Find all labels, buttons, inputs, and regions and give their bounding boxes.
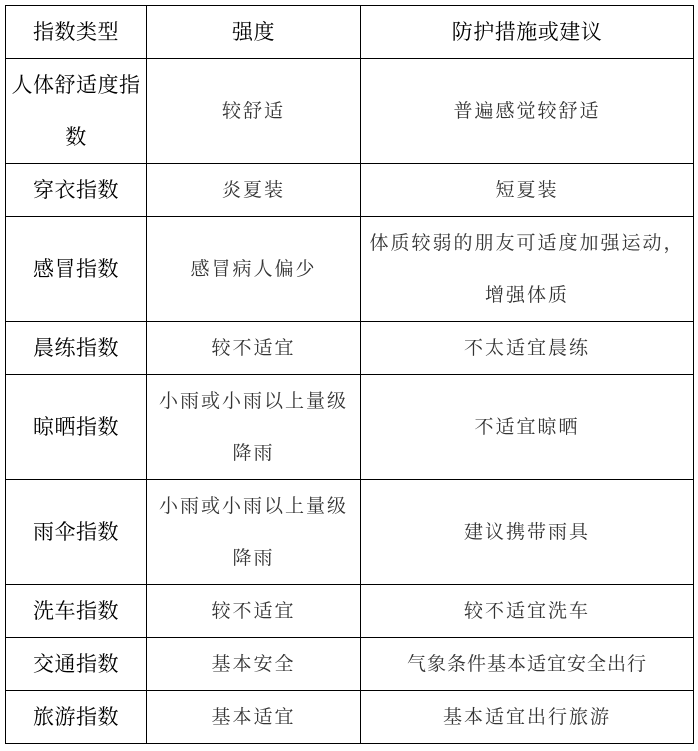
table-row: 穿衣指数 炎夏装 短夏装: [6, 164, 694, 217]
table-row: 雨伞指数 小雨或小雨以上量级降雨 建议携带雨具: [6, 480, 694, 585]
advice-cell: 普遍感觉较舒适: [361, 59, 694, 164]
intensity-cell: 炎夏装: [147, 164, 361, 217]
index-type-cell: 穿衣指数: [6, 164, 147, 217]
table-row: 洗车指数 较不适宜 较不适宜洗车: [6, 585, 694, 638]
header-index-type: 指数类型: [6, 6, 147, 59]
index-type-cell: 旅游指数: [6, 691, 147, 744]
advice-cell: 建议携带雨具: [361, 480, 694, 585]
index-type-cell: 洗车指数: [6, 585, 147, 638]
intensity-cell: 较不适宜: [147, 585, 361, 638]
intensity-cell: 基本适宜: [147, 691, 361, 744]
index-type-cell: 感冒指数: [6, 217, 147, 322]
table-row: 晨练指数 较不适宜 不太适宜晨练: [6, 322, 694, 375]
index-type-cell: 晾晒指数: [6, 375, 147, 480]
intensity-cell: 较不适宜: [147, 322, 361, 375]
header-advice: 防护措施或建议: [361, 6, 694, 59]
advice-cell: 气象条件基本适宜安全出行: [361, 638, 694, 691]
table-row: 晾晒指数 小雨或小雨以上量级降雨 不适宜晾晒: [6, 375, 694, 480]
table-row: 感冒指数 感冒病人偏少 体质较弱的朋友可适度加强运动，增强体质: [6, 217, 694, 322]
index-type-cell: 雨伞指数: [6, 480, 147, 585]
weather-index-table: 指数类型 强度 防护措施或建议 人体舒适度指数 较舒适 普遍感觉较舒适 穿衣指数…: [5, 5, 694, 744]
index-type-cell: 人体舒适度指数: [6, 59, 147, 164]
table-header-row: 指数类型 强度 防护措施或建议: [6, 6, 694, 59]
intensity-cell: 小雨或小雨以上量级降雨: [147, 375, 361, 480]
advice-cell: 较不适宜洗车: [361, 585, 694, 638]
table-row: 旅游指数 基本适宜 基本适宜出行旅游: [6, 691, 694, 744]
advice-cell: 短夏装: [361, 164, 694, 217]
index-type-cell: 晨练指数: [6, 322, 147, 375]
advice-cell: 基本适宜出行旅游: [361, 691, 694, 744]
intensity-cell: 较舒适: [147, 59, 361, 164]
advice-cell: 不适宜晾晒: [361, 375, 694, 480]
intensity-cell: 小雨或小雨以上量级降雨: [147, 480, 361, 585]
intensity-cell: 基本安全: [147, 638, 361, 691]
intensity-cell: 感冒病人偏少: [147, 217, 361, 322]
index-type-cell: 交通指数: [6, 638, 147, 691]
table-row: 人体舒适度指数 较舒适 普遍感觉较舒适: [6, 59, 694, 164]
table-row: 交通指数 基本安全 气象条件基本适宜安全出行: [6, 638, 694, 691]
header-intensity: 强度: [147, 6, 361, 59]
advice-cell: 体质较弱的朋友可适度加强运动，增强体质: [361, 217, 694, 322]
advice-cell: 不太适宜晨练: [361, 322, 694, 375]
